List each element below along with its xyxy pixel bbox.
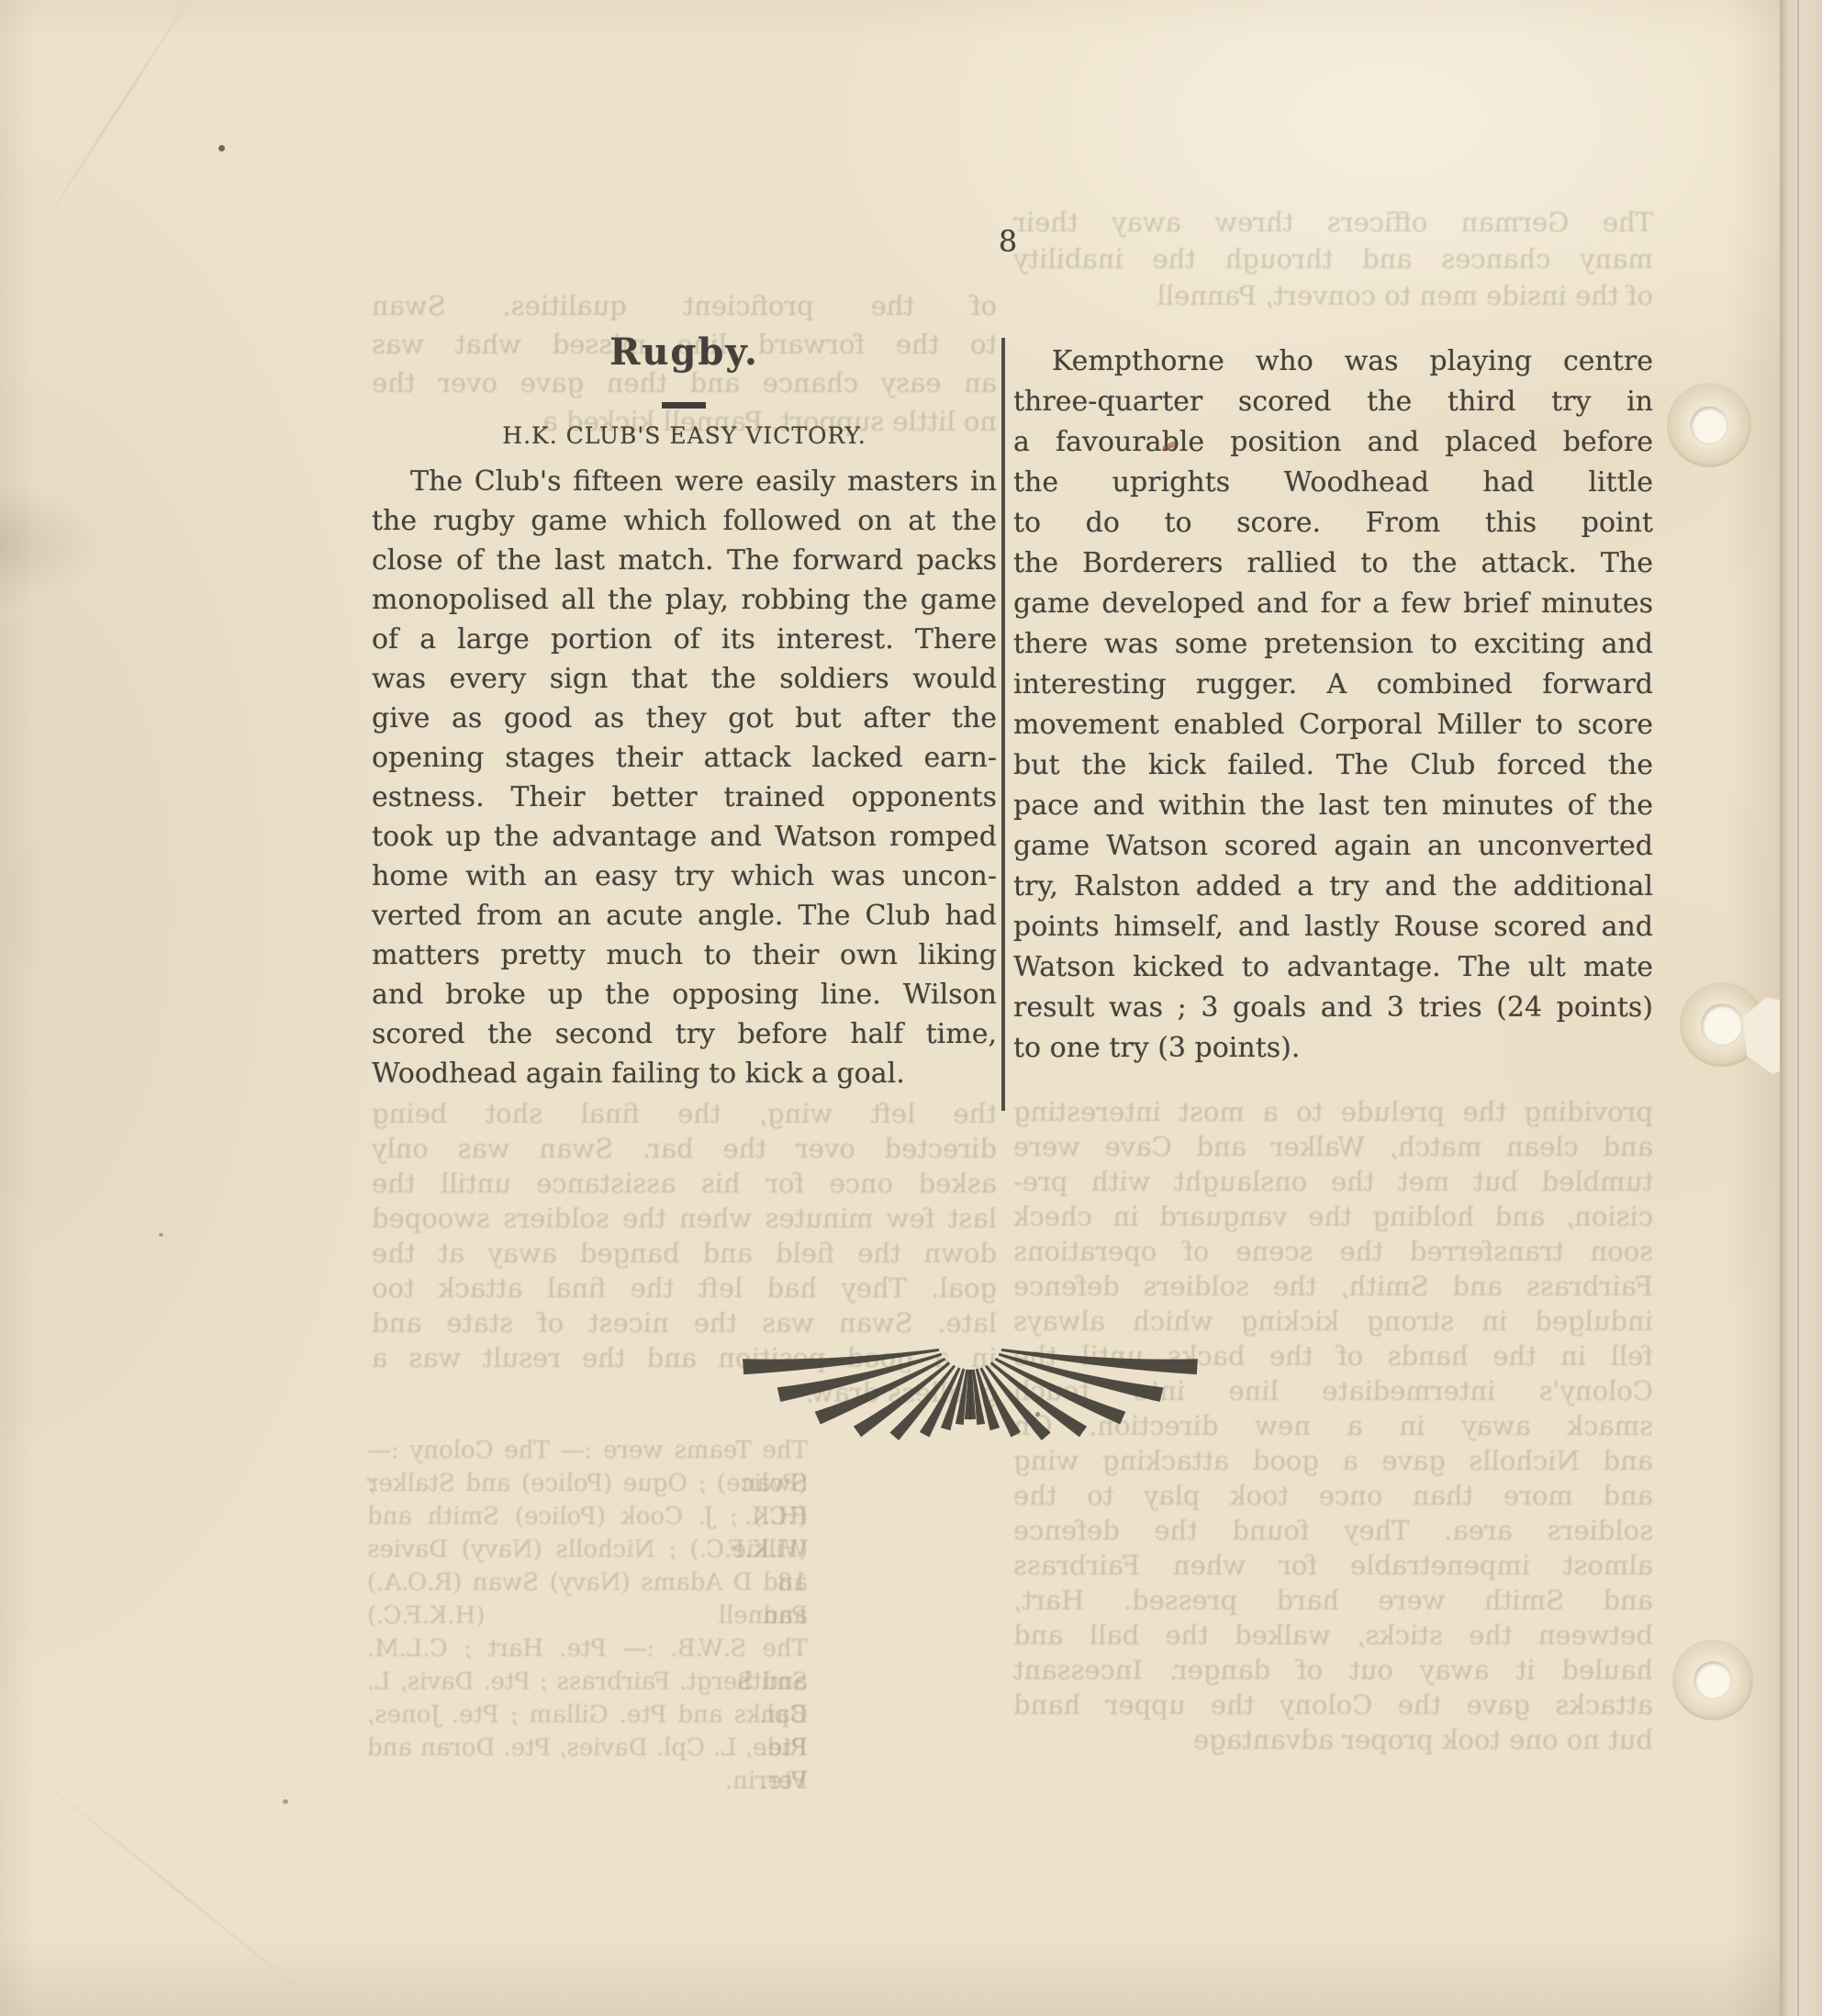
text-line: and broke up the opposing line. Wilson (372, 975, 997, 1014)
text-line: estness. Their better trained opponents (372, 778, 997, 817)
text-line: interesting rugger. A combined forward (1013, 665, 1653, 705)
text-line: movement enabled Corporal Miller to scor… (1013, 705, 1653, 745)
page-right-edge-strip (1780, 0, 1822, 2016)
text-line: and Nicholls gave a good attacking wing (1013, 1443, 1653, 1478)
text-line: soon transferred the scene of operations (1013, 1234, 1653, 1269)
title-rule (662, 402, 706, 409)
text-line: down the field and banged away at the (372, 1236, 997, 1271)
text-line: F.C.) ; J. Cook (Police) Smith and Wilki… (367, 1500, 808, 1533)
punch-hole (1691, 407, 1727, 443)
text-line: the left wing, the final shot being (372, 1096, 997, 1131)
text-line: took up the advantage and Watson romped (372, 817, 997, 857)
text-line: to one try (3 points). (1013, 1028, 1653, 1069)
text-line: Kempthorne who was playing centre (1013, 342, 1653, 382)
text-line: there was some pretension to exciting an… (1013, 624, 1653, 665)
text-line: last few minutes when the soldiers swoop… (372, 1201, 997, 1236)
ink-speck (283, 1799, 288, 1804)
fan-ray (1001, 1349, 1198, 1374)
text-line: Verrin. (367, 1764, 808, 1798)
fan-ray (743, 1349, 939, 1374)
text-line: almost impenetrable for when Fairbrass (1013, 1548, 1653, 1583)
text-line: of the inside men to convert, Pannell (1013, 277, 1653, 314)
text-line: and more than once took play to the (1013, 1478, 1653, 1513)
ink-speck (159, 1233, 163, 1237)
text-line: (Police) ; Ogue (Police) and Stalker (H.… (367, 1467, 808, 1500)
text-line: a favourable position and placed before (1013, 422, 1653, 463)
text-line: home with an easy try which was uncon- (372, 857, 997, 896)
text-line: of the proficient qualities. Swan (372, 286, 997, 325)
text-line: Banks and Pte. Gillam ; Pte. Jones, Pte. (367, 1698, 808, 1731)
text-line: of a large portion of its interest. Ther… (372, 620, 997, 659)
text-line: cision, and holding the vanguard in chec… (1013, 1199, 1653, 1234)
ink-speck (1035, 1412, 1040, 1417)
text-line: close of the last match. The forward pac… (372, 541, 997, 580)
text-line: to do to score. From this point (1013, 503, 1653, 543)
text-line: Ride, L. Cpl. Davies, Pte. Doran and Pte… (367, 1731, 808, 1764)
text-line: points himself, and lastly Rouse scored … (1013, 907, 1653, 947)
text-line: Watson kicked to advantage. The ult mate (1013, 947, 1653, 988)
text-line: providing the prelude to a most interest… (1013, 1094, 1653, 1129)
text-line: but no one took proper advantage (1013, 1722, 1653, 1757)
text-line: game Watson scored again an unconverted (1013, 826, 1653, 867)
text-line: game developed and for a few brief minut… (1013, 584, 1653, 624)
bleedthrough-right-top: The German officers threw away theirmany… (1013, 204, 1653, 314)
text-line: soldiers area. They found the defence (1013, 1513, 1653, 1548)
text-line: verted from an acute angle. The Club had (372, 896, 997, 935)
underlying-page-edge (1797, 0, 1799, 2016)
article-title: Rugby. (372, 330, 997, 374)
text-line: and Sergt. Fairbrass ; Pte. Davis, L. Cp… (367, 1665, 808, 1698)
text-line: between the sticks, walked the ball and (1013, 1618, 1653, 1652)
text-line: goal. They had left the final attack too (372, 1271, 997, 1305)
text-line: monopolised all the play, robbing the ga… (372, 580, 997, 620)
scanned-page-screenshot: { "page": { "number": "8" }, "article": … (0, 0, 1822, 2016)
left-column-paragraph: The Club's fifteen were easily masters i… (372, 462, 997, 1093)
fan-ornament-icon (739, 1318, 1202, 1447)
text-line: The Club's fifteen were easily masters i… (372, 462, 997, 501)
text-line: matters pretty much to their own liking (372, 935, 997, 975)
text-line: was every sign that the soldiers would (372, 659, 997, 699)
text-line: give as good as they got but after the (372, 699, 997, 738)
text-line: pace and within the last ten minutes of … (1013, 786, 1653, 826)
text-line: the Borderers rallied to the attack. The (1013, 543, 1653, 584)
text-line: hauled it away out of danger. Incessant (1013, 1652, 1653, 1687)
text-line: The S.W.B. :— Pte. Hart ; C.L.M. Smith (367, 1632, 808, 1665)
page-number: 8 (988, 224, 1028, 259)
right-column-paragraph: Kempthorne who was playing centrethree-q… (1013, 342, 1653, 1069)
text-line: scored the second try before half time, (372, 1014, 997, 1054)
text-line: and clean match, Walker and Cave were (1013, 1129, 1653, 1164)
text-line: asked once for his assistance untill the (372, 1166, 997, 1201)
bleedthrough-left-bottom: The Teams were :— The Colony :— Swan ;(P… (367, 1434, 808, 1798)
punch-hole (1694, 1662, 1731, 1698)
punch-hole (1702, 1004, 1742, 1045)
text-line: many chances and through the inability (1013, 241, 1653, 277)
text-line: Pannell (H.K.F.C.) (367, 1599, 808, 1632)
column-divider-rule (1001, 338, 1005, 1111)
text-line: attacks gave the Colony the upper hand (1013, 1687, 1653, 1722)
text-line: three-quarter scored the third try in (1013, 382, 1653, 422)
text-line: result was ; 3 goals and 3 tries (24 poi… (1013, 988, 1653, 1028)
text-line: try, Ralston added a try and the additio… (1013, 867, 1653, 907)
text-line: opening stages their attack lacked earn- (372, 738, 997, 778)
text-line: and Smith were hard pressed. Hart, (1013, 1583, 1653, 1618)
text-line: but the kick failed. The Club forced the (1013, 745, 1653, 786)
text-line: directed over the bar. Swan was only (372, 1131, 997, 1166)
text-line: Fairbrass and Smith, the soldiers defenc… (1013, 1269, 1653, 1304)
ink-speck (218, 145, 225, 151)
text-line: the rugby game which followed on at the (372, 501, 997, 541)
text-line: The German officers threw away their (1013, 204, 1653, 241)
text-line: Woodhead again failing to kick a goal. (372, 1054, 997, 1093)
text-line: tumbled but met the onslaught with pre- (1013, 1164, 1653, 1199)
text-line: and D Adams (Navy) Swan (R.O.A.) and (367, 1566, 808, 1599)
article-subtitle: H.K. CLUB'S EASY VICTORY. (372, 422, 997, 449)
text-line: the uprights Woodhead had little (1013, 463, 1653, 503)
text-line: (H.K.F.C.) ; Nicholls (Navy) Davies 18 (367, 1533, 808, 1566)
